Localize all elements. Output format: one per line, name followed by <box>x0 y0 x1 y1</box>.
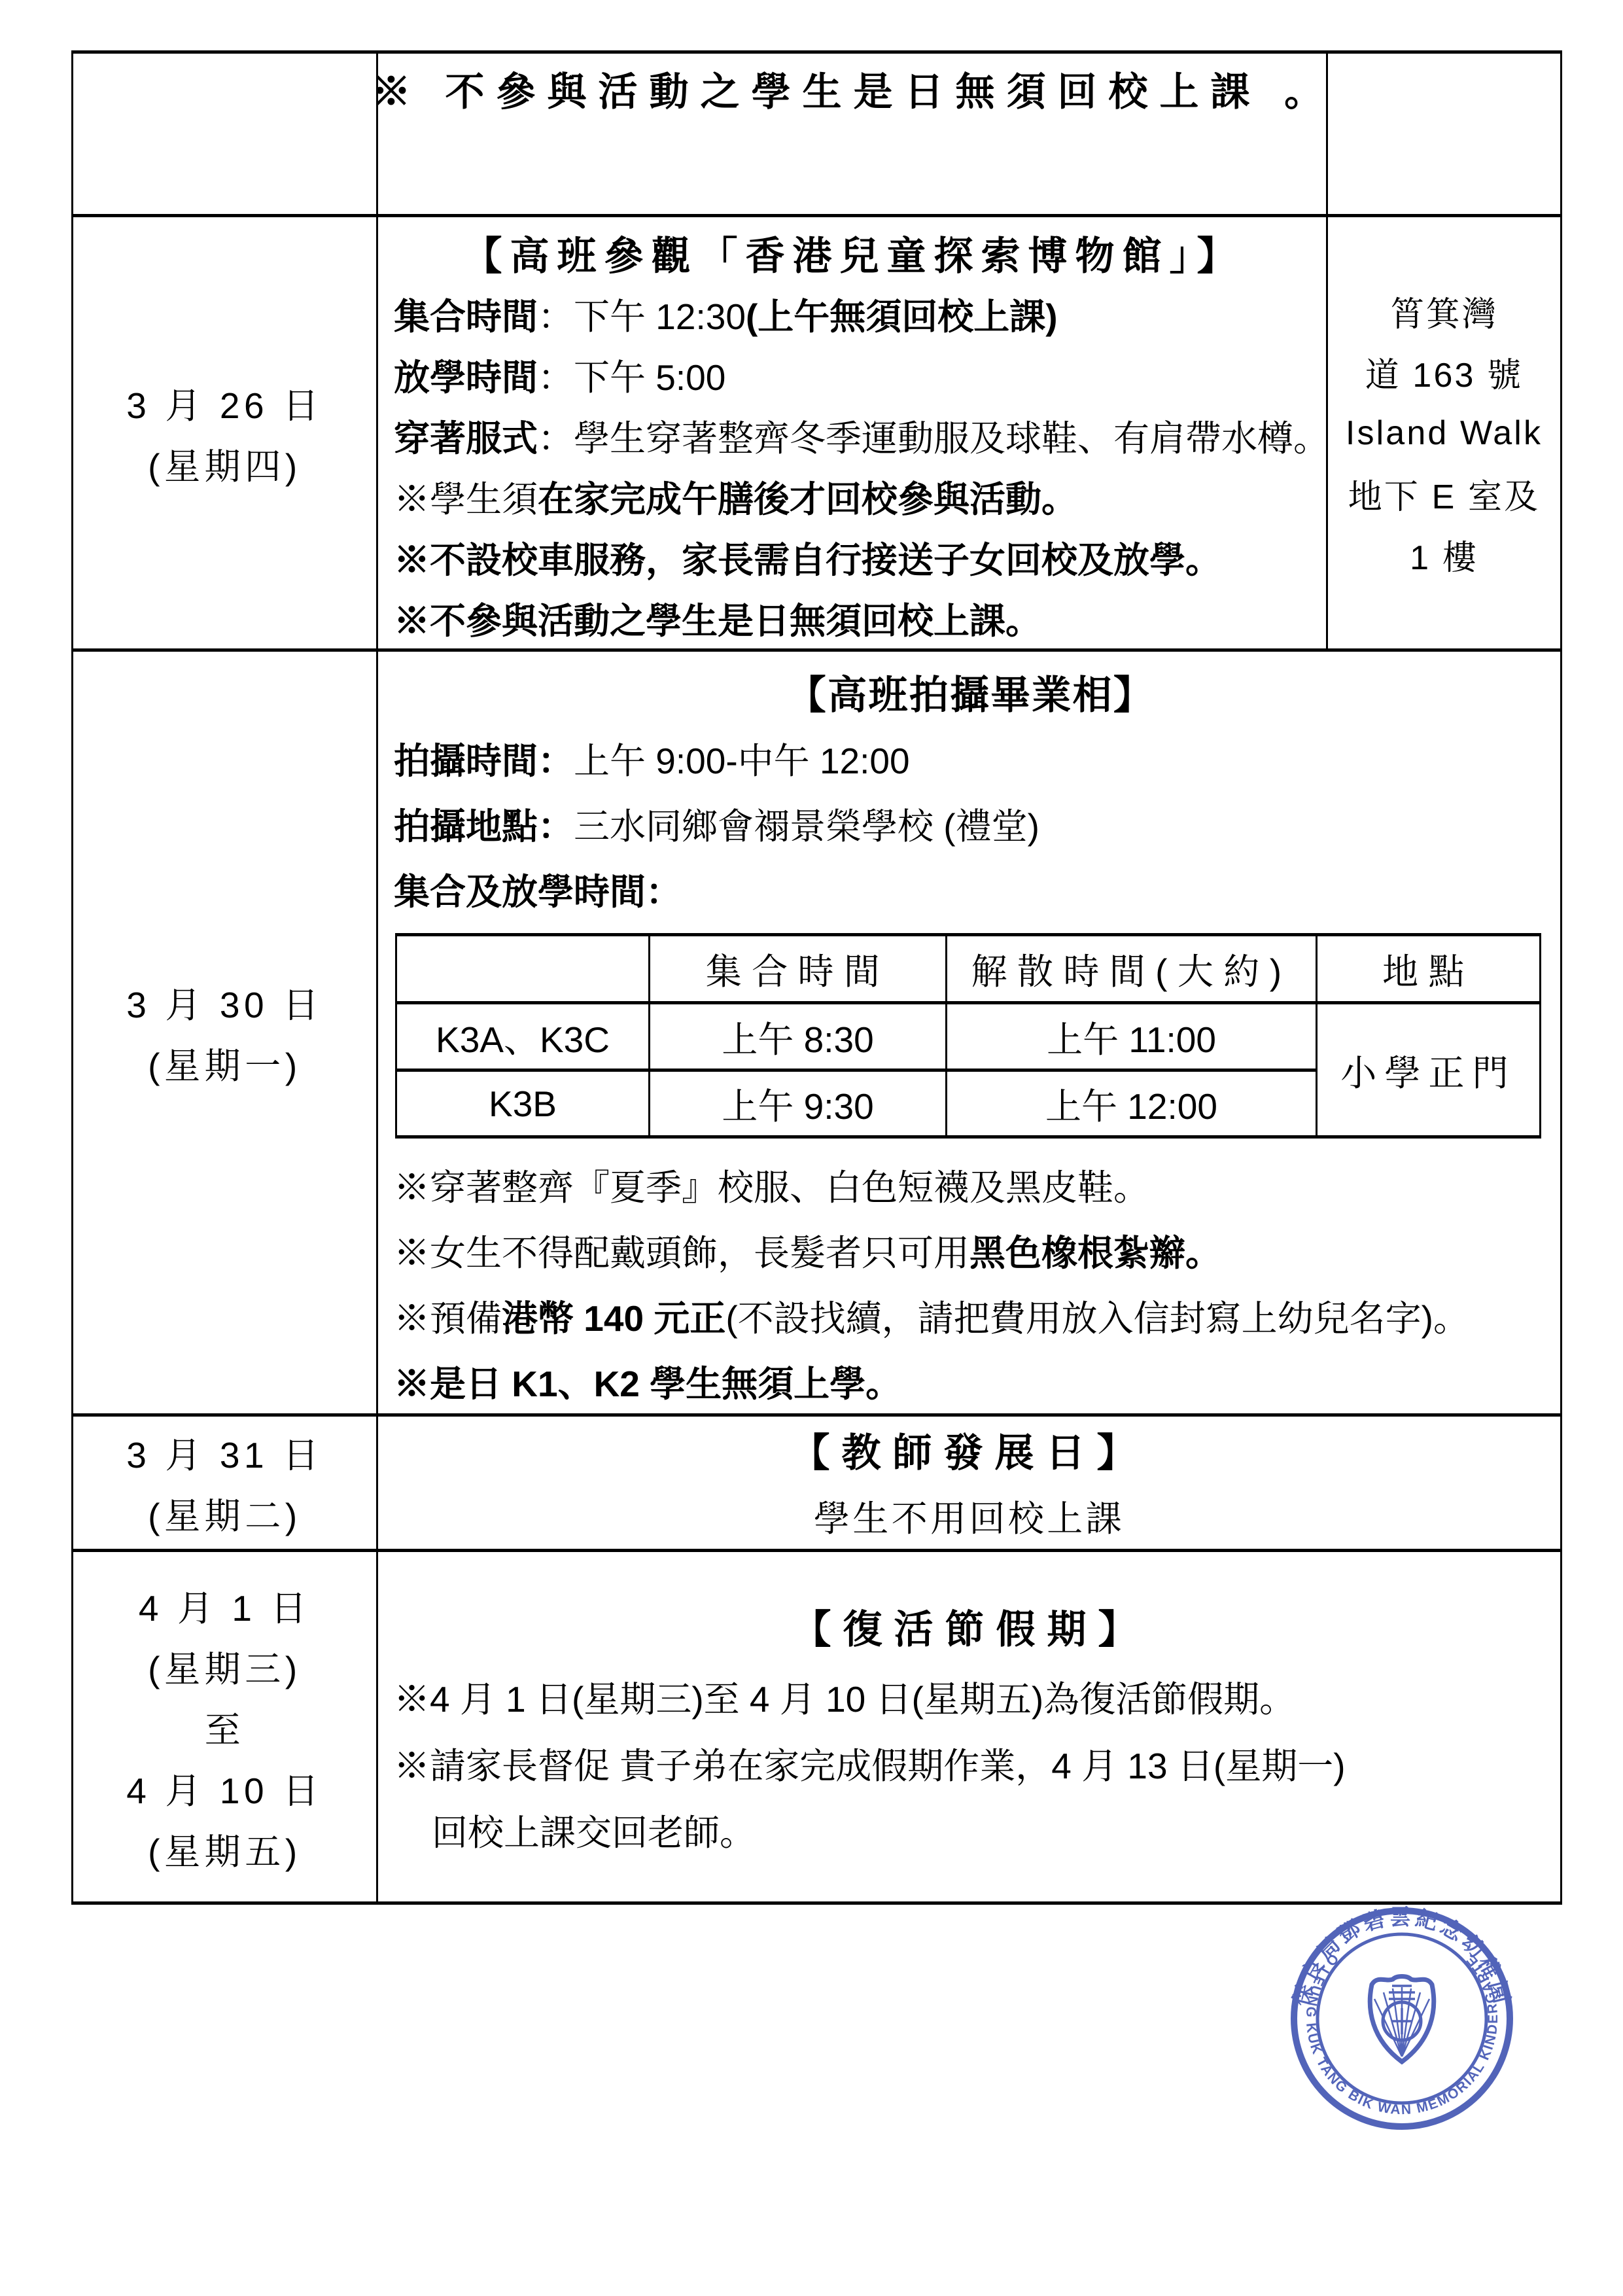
field-value: ：下午 12:30 <box>538 288 746 340</box>
field-label: 放學時間 <box>394 349 538 400</box>
detail-line: 放學時間：下午 5:00 <box>394 344 1313 405</box>
field-note: (上午無須回校上課) <box>746 288 1058 340</box>
date-line: 3 月 30 日 <box>73 972 376 1033</box>
event-title-text: 【高班參觀「香港兒童探索博物館」】 <box>463 225 1244 281</box>
sched-row-k3a-k3c: K3A、K3C 上午 8:30 上午 11:00 小學正門 <box>396 1003 1541 1070</box>
table-row-mar30: 3 月 30 日 (星期一) 【高班拍攝畢業相】 拍攝時間：上午 9:00-中午… <box>73 650 1562 1415</box>
remark-emphasis: ※是日 K1、K2 學生無須上學。 <box>394 1355 901 1407</box>
date-cell-mar31: 3 月 31 日 (星期二) <box>73 1415 377 1551</box>
event-title: 【教師發展日】 <box>378 1417 1560 1483</box>
remark-line: ※穿著整齊『夏季』校服、白色短襪及黑皮鞋。 <box>394 1152 1547 1217</box>
date-cell-easter: 4 月 1 日 (星期三) 至 4 月 10 日 (星期五) <box>73 1551 377 1903</box>
date-line: 4 月 10 日 <box>73 1757 376 1818</box>
scanned-notice-page: ※ 不參與活動之學生是日無須回校上課 。 3 月 26 日 (星期四) 【高班參… <box>0 0 1623 2296</box>
sched-class: K3A、K3C <box>396 1003 650 1070</box>
date-cell-empty <box>73 52 377 216</box>
content-cell-mar31: 【教師發展日】 學生不用回校上課 <box>377 1415 1562 1551</box>
note-text: ※ 不參與活動之學生是日無須回校上課 。 <box>372 61 1335 117</box>
stamp-shield-emblem <box>1370 1977 1433 2062</box>
continuation-note: ※ 不參與活動之學生是日無須回校上課 。 <box>394 63 1313 115</box>
remark-text: ※預備 <box>394 1290 502 1341</box>
date-line: 3 月 31 日 <box>73 1422 376 1483</box>
location-cell-empty <box>1327 52 1562 216</box>
field-label: 集合時間 <box>394 288 538 340</box>
remark-line: ※不參與活動之學生是日無須回校上課。 <box>394 588 1313 648</box>
location-cell-mar26: 筲箕灣 道 163 號 Island Walk 地下 E 室及 1 樓 <box>1327 216 1562 650</box>
event-title-text: 【高班拍攝畢業相】 <box>787 664 1155 720</box>
table-row-mar26: 3 月 26 日 (星期四) 【高班參觀「香港兒童探索博物館」】 集合時間：下午… <box>73 216 1562 650</box>
assembly-dismissal-table: 集合時間 解散時間(大約) 地點 K3A、K3C 上午 8:30 上午 11:0… <box>395 933 1541 1139</box>
date-cell-mar30: 3 月 30 日 (星期一) <box>73 650 377 1415</box>
event-title-text: 【教師發展日】 <box>791 1422 1148 1478</box>
remark-text: ※穿著整齊『夏季』校服、白色短襪及黑皮鞋。 <box>394 1159 1149 1210</box>
date-line: (星期四) <box>73 433 376 494</box>
field-label: 拍攝時間： <box>394 732 574 784</box>
date-line: 至 <box>73 1697 376 1757</box>
table-row-mar31: 3 月 31 日 (星期二) 【教師發展日】 學生不用回校上課 <box>73 1415 1562 1551</box>
location-line: 筲箕灣 <box>1328 281 1560 342</box>
content-cell-mar26: 【高班參觀「香港兒童探索博物館」】 集合時間：下午 12:30 (上午無須回校上… <box>377 216 1327 650</box>
content-cell-continuation: ※ 不參與活動之學生是日無須回校上課 。 <box>377 52 1327 216</box>
remark-line: ※女生不得配戴頭飾，長髮者只可用黑色橡根紮辮。 <box>394 1217 1547 1282</box>
detail-line: 拍攝地點：三水同鄉會禤景榮學校 (禮堂) <box>394 790 1547 856</box>
remark-emphasis: 在家完成午膳後才回校參與活動。 <box>538 470 1077 522</box>
field-label: 穿著服式 <box>394 410 538 461</box>
field-value: 上午 9:00-中午 12:00 <box>574 732 910 784</box>
remark-line: ※學生須在家完成午膳後才回校參與活動。 <box>394 466 1313 527</box>
remark-emphasis: 港幣 140 元正 <box>502 1290 725 1341</box>
field-label: 集合及放學時間： <box>394 863 682 915</box>
remark-text: ※4 月 1 日(星期三)至 4 月 10 日(星期五)為復活節假期。 <box>394 1670 1295 1722</box>
remark-emphasis: ※不參與活動之學生是日無須回校上課。 <box>394 592 1041 644</box>
sched-assembly-time: 上午 8:30 <box>650 1003 947 1070</box>
sched-header-assembly: 集合時間 <box>650 935 947 1003</box>
remark-text: ※學生須 <box>394 470 538 522</box>
remark-text: (不設找續，請把費用放入信封寫上幼兒名字)。 <box>725 1290 1469 1341</box>
event-title-text: 【復活節假期】 <box>792 1598 1149 1655</box>
sched-dismissal-time: 上午 12:00 <box>947 1070 1317 1137</box>
detail-line: 集合時間：下午 12:30 (上午無須回校上課) <box>394 283 1313 344</box>
remark-line: ※不設校車服務，家長需自行接送子女回校及放學。 <box>394 527 1313 588</box>
date-line: (星期二) <box>73 1483 376 1544</box>
remark-line: ※4 月 1 日(星期三)至 4 月 10 日(星期五)為復活節假期。 <box>394 1663 1547 1729</box>
remark-line: ※是日 K1、K2 學生無須上學。 <box>394 1348 1547 1413</box>
remark-emphasis: ※不設校車服務，家長需自行接送子女回校及放學。 <box>394 531 1221 583</box>
date-cell-mar26: 3 月 26 日 (星期四) <box>73 216 377 650</box>
sched-header-row: 集合時間 解散時間(大約) 地點 <box>396 935 1541 1003</box>
content-cell-mar30: 【高班拍攝畢業相】 拍攝時間：上午 9:00-中午 12:00 拍攝地點：三水同… <box>377 650 1562 1415</box>
remark-text: ※請家長督促 貴子弟在家完成假期作業，4 月 13 日(星期一) <box>394 1737 1346 1789</box>
event-title: 【高班拍攝畢業相】 <box>394 660 1547 725</box>
location-line: 道 163 號 <box>1328 342 1560 402</box>
remark-line: ※請家長督促 貴子弟在家完成假期作業，4 月 13 日(星期一) <box>394 1729 1547 1796</box>
location-line: Island Walk <box>1328 402 1560 463</box>
date-line: 4 月 1 日 <box>73 1575 376 1636</box>
sched-dismissal-time: 上午 11:00 <box>947 1003 1317 1070</box>
sched-class: K3B <box>396 1070 650 1137</box>
event-subtitle: 學生不用回校上課 <box>378 1483 1560 1548</box>
remark-text: 回校上課交回老師。 <box>432 1804 756 1856</box>
field-label: 拍攝地點： <box>394 798 574 849</box>
table-row-continuation: ※ 不參與活動之學生是日無須回校上課 。 <box>73 52 1562 216</box>
remark-line: 回校上課交回老師。 <box>394 1796 1547 1863</box>
date-line: (星期一) <box>73 1033 376 1093</box>
remark-line: ※預備港幣 140 元正 (不設找續，請把費用放入信封寫上幼兒名字)。 <box>394 1282 1547 1348</box>
sched-location: 小學正門 <box>1317 1003 1541 1137</box>
field-value: ：學生穿著整齊冬季運動服及球鞋、有肩帶水樽。 <box>538 410 1329 461</box>
detail-line: 穿著服式：學生穿著整齊冬季運動服及球鞋、有肩帶水樽。 <box>394 405 1313 466</box>
date-line: (星期五) <box>73 1818 376 1879</box>
sched-assembly-time: 上午 9:30 <box>650 1070 947 1137</box>
location-line: 地下 E 室及 <box>1328 463 1560 524</box>
date-line: (星期三) <box>73 1636 376 1697</box>
remark-emphasis: 黑色橡根紮辮。 <box>969 1224 1221 1276</box>
event-title: 【高班參觀「香港兒童探索博物館」】 <box>394 222 1313 283</box>
table-row-easter: 4 月 1 日 (星期三) 至 4 月 10 日 (星期五) 【復活節假期】 ※… <box>73 1551 1562 1903</box>
content-cell-easter: 【復活節假期】 ※4 月 1 日(星期三)至 4 月 10 日(星期五)為復活節… <box>377 1551 1562 1903</box>
school-stamp: 保良局鄧碧雲紀念幼稚園 PO LEUNG KUK TANG BIK WAN ME… <box>1283 1899 1521 2138</box>
detail-line: 拍攝時間：上午 9:00-中午 12:00 <box>394 725 1547 790</box>
notice-schedule-table: ※ 不參與活動之學生是日無須回校上課 。 3 月 26 日 (星期四) 【高班參… <box>71 50 1562 1905</box>
date-line: 3 月 26 日 <box>73 372 376 433</box>
detail-line: 集合及放學時間： <box>394 856 1547 921</box>
event-title: 【復活節假期】 <box>394 1591 1547 1663</box>
remark-text: ※女生不得配戴頭飾，長髮者只可用 <box>394 1224 969 1276</box>
field-value: ：下午 5:00 <box>538 349 725 400</box>
sched-header-dismissal: 解散時間(大約) <box>947 935 1317 1003</box>
sched-header-empty <box>396 935 650 1003</box>
event-subtitle-text: 學生不用回校上課 <box>814 1490 1125 1542</box>
location-line: 1 樓 <box>1328 524 1560 585</box>
sched-header-location: 地點 <box>1317 935 1541 1003</box>
field-value: 三水同鄉會禤景榮學校 (禮堂) <box>574 798 1039 849</box>
